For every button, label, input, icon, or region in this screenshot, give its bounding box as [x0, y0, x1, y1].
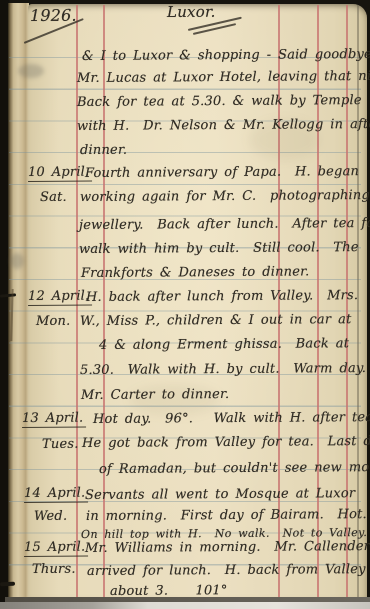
diary-line: & I to Luxor & shopping - Said goodbye t…	[82, 47, 370, 64]
entry-date: 10 April.	[28, 165, 92, 182]
year-label: 1926.	[30, 8, 77, 23]
title-flourish	[193, 23, 236, 34]
diary-line: of Ramadan, but couldn't see new moon.	[99, 460, 370, 477]
entry-date: 14 April.	[24, 486, 88, 503]
diary-line: in morning. First day of Bairam. Hot.	[86, 507, 367, 524]
entry-day: Thurs.	[32, 562, 76, 577]
page-title: Luxor.	[167, 5, 216, 20]
diary-line: Fourth anniversary of Papa. H. began	[85, 164, 359, 181]
diary-line: dinner.	[80, 143, 127, 158]
diary-line: jewellery. Back after lunch. After tea f…	[79, 216, 370, 233]
diary-line: Back for tea at 5.30. & walk by Temple	[77, 93, 362, 110]
entry-date: 12 April.	[28, 289, 92, 306]
diary-line: H. back after lunch from Valley. Mrs.	[86, 288, 358, 305]
entry-day: Tues.	[42, 437, 79, 452]
diary-line: Hot day. 96°. Walk with H. after tea.	[93, 410, 370, 427]
diary-line: 4 & along Erment ghissa. Back at	[99, 336, 349, 353]
diary-line: with H. Dr. Nelson & Mr. Kellogg in afte…	[77, 117, 370, 134]
diary-line: Mr. Williams in morning. Mr. Callender	[85, 539, 370, 556]
diary-line: W., Miss P., children & I out in car at	[80, 312, 352, 329]
handwriting-layer: 1926. Luxor. & I to Luxor & shopping - S…	[0, 0, 370, 609]
entry-date: 15 April.	[24, 540, 88, 557]
diary-line: Frankforts & Daneses to dinner.	[81, 264, 310, 281]
diary-line: Servants all went to Mosque at Luxor	[85, 486, 355, 503]
diary-line: Mr. Carter to dinner.	[81, 387, 229, 403]
diary-line: 5.30. Walk with H. by cult. Warm day.	[80, 361, 366, 378]
entry-day: Mon.	[36, 314, 71, 329]
diary-line: arrived for lunch. H. back from Valley	[87, 562, 366, 579]
entry-date: 13 April.	[22, 411, 86, 428]
diary-line: Mr. Lucas at Luxor Hotel, leaving that n…	[77, 69, 370, 86]
diary-line: walk with him by cult. Still cool. The	[79, 240, 359, 257]
entry-day: Wed.	[34, 509, 67, 524]
entry-day: Sat.	[40, 190, 67, 205]
diary-line: working again for Mr. C. photographing t…	[80, 188, 370, 205]
diary-line: He got back from Valley for tea. Last da…	[82, 434, 370, 451]
diary-line: about 3. 101°	[110, 583, 228, 599]
